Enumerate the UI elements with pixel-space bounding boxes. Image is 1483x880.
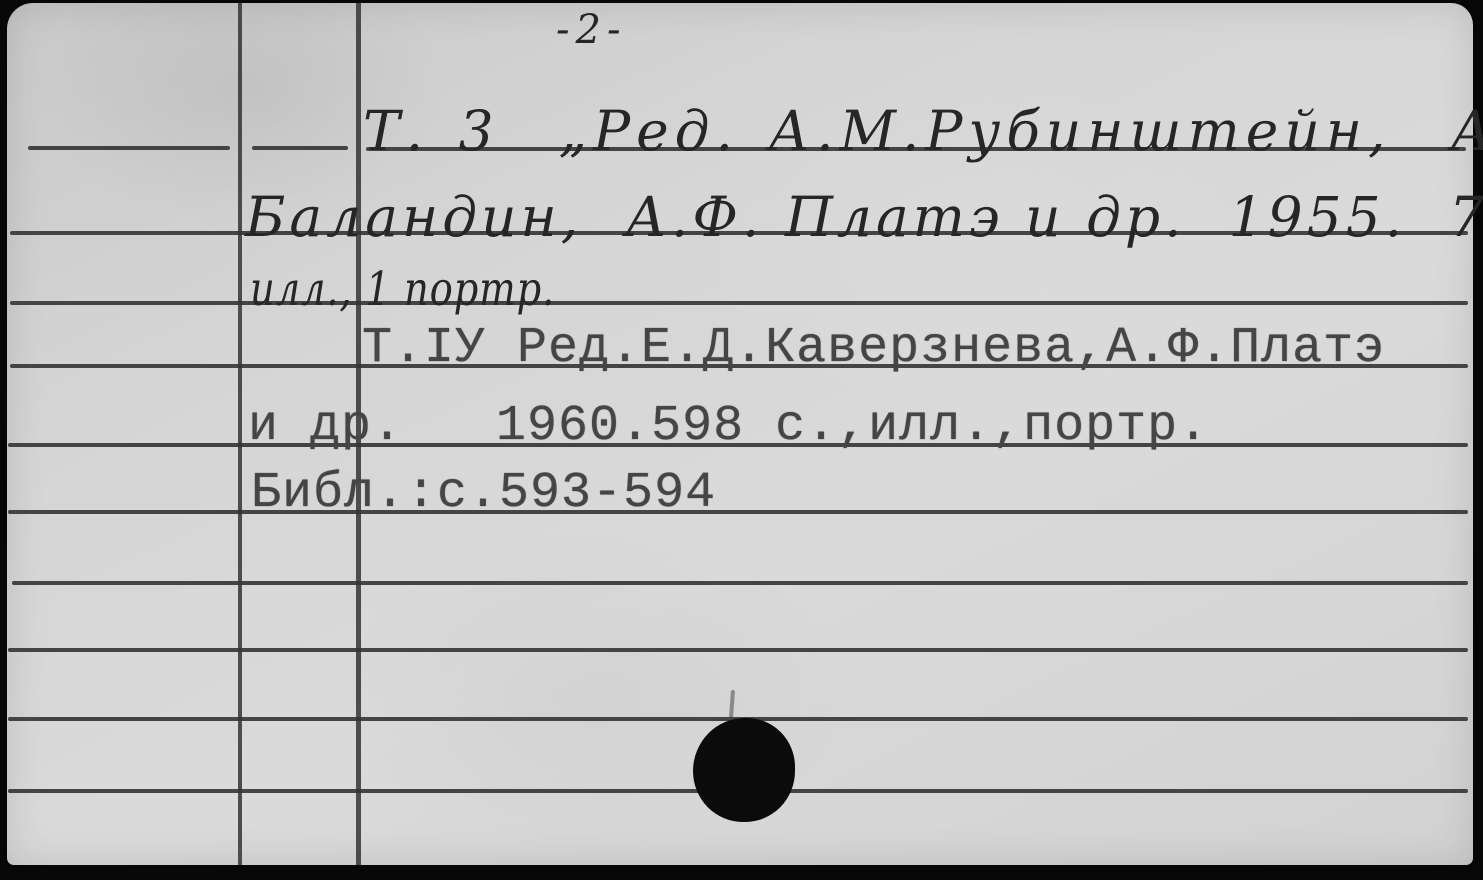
page-number: -2- [556,10,626,50]
handwritten-entry-volume3: Т. 3 „Ред. А.М.Рубинштейн, А.А. [363,104,1483,159]
rule-line [252,146,348,150]
handwritten-entry-editors: Баландин, А.Ф. Платэ и др. 1955. 719с., [245,190,1483,245]
rule-line [28,146,230,150]
rule-line [10,301,1468,305]
rule-line [8,648,1468,652]
scan-background: -2- Т. 3 „Ред. А.М.Рубинштейн, А.А. Бала… [0,0,1483,880]
rule-line [8,510,1468,514]
handwritten-entry-illustrations: илл., 1 портр. [250,266,555,313]
rule-line [12,581,1468,585]
typed-entry-pagination: и др. 1960.598 с.,илл.,портр. [248,402,1209,452]
typed-entry-volume4: Т.IУ Ред.Е.Д.Каверзнева,А.Ф.Платэ [362,324,1385,374]
punch-hole-dot [693,718,795,822]
typed-entry-bibliography: Библ.:с.593-594 [251,469,716,519]
column-rule [238,3,242,865]
